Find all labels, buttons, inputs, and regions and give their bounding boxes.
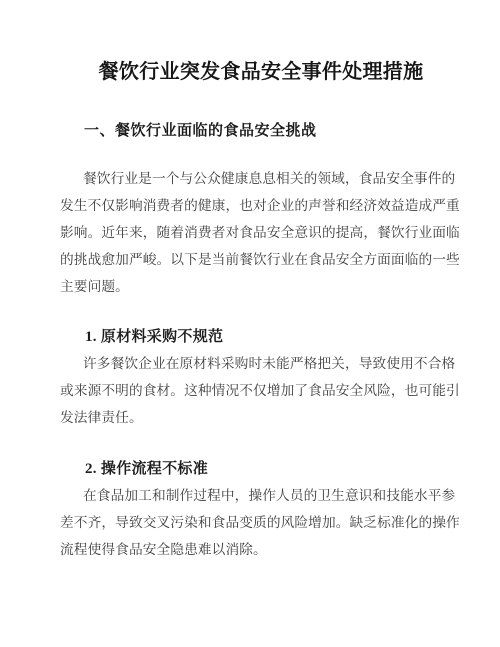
paragraph-line: 许多餐饮企业在原材料采购时未能严格把关，导致使用不合格 — [60, 351, 450, 378]
section-heading: 一、餐饮行业面临的食品安全挑战 — [84, 119, 317, 140]
document-title: 餐饮行业突发食品安全事件处理措施 — [60, 55, 440, 84]
subsection-1-paragraph: 许多餐饮企业在原材料采购时未能严格把关，导致使用不合格 或来源不明的食材。这种情… — [60, 351, 450, 432]
paragraph-line: 影响。近年来，随着消费者对食品安全意识的提高，餐饮行业面临 — [60, 220, 450, 247]
paragraph-line: 的挑战愈加严峻。以下是当前餐饮行业在食品安全方面面临的一些 — [60, 247, 450, 274]
subsection-1-heading: 1. 原材料采购不规范 — [85, 325, 223, 346]
document-page: 餐饮行业突发食品安全事件处理措施 一、餐饮行业面临的食品安全挑战 餐饮行业是一个… — [0, 0, 500, 647]
intro-paragraph: 餐饮行业是一个与公众健康息息相关的领域，食品安全事件的 发生不仅影响消费者的健康… — [60, 166, 450, 300]
paragraph-line: 发生不仅影响消费者的健康，也对企业的声誉和经济效益造成严重 — [60, 193, 450, 220]
paragraph-line: 主要问题。 — [60, 274, 450, 301]
paragraph-line: 或来源不明的食材。这种情况不仅增加了食品安全风险，也可能引 — [60, 378, 450, 405]
subsection-2-heading: 2. 操作流程不标准 — [85, 457, 208, 478]
paragraph-line: 发法律责任。 — [60, 405, 450, 432]
paragraph-line: 餐饮行业是一个与公众健康息息相关的领域，食品安全事件的 — [60, 166, 450, 193]
paragraph-line: 流程使得食品安全隐患难以消除。 — [60, 537, 450, 564]
paragraph-line: 差不齐，导致交叉污染和食品变质的风险增加。缺乏标准化的操作 — [60, 510, 450, 537]
paragraph-line: 在食品加工和制作过程中，操作人员的卫生意识和技能水平参 — [60, 483, 450, 510]
subsection-2-paragraph: 在食品加工和制作过程中，操作人员的卫生意识和技能水平参 差不齐，导致交叉污染和食… — [60, 483, 450, 564]
